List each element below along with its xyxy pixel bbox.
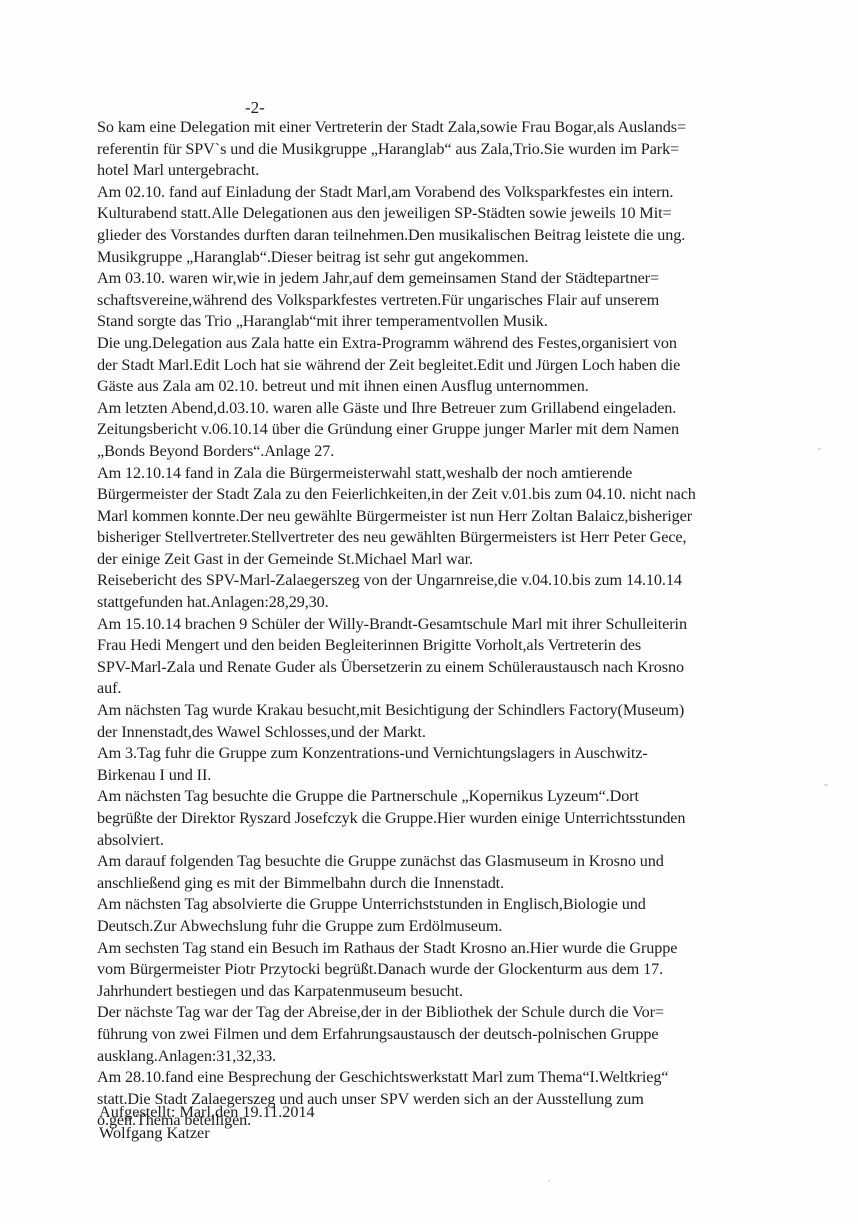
text-line: Bürgermeister der Stadt Zala zu den Feie… — [97, 484, 817, 506]
text-line: glieder des Vorstandes durften daran tei… — [97, 225, 817, 247]
text-line: stattgefunden hat.Anlagen:28,29,30. — [97, 592, 817, 614]
text-line: Deutsch.Zur Abwechslung fuhr die Gruppe … — [97, 916, 817, 938]
text-line: Am nächsten Tag absolvierte die Gruppe U… — [97, 894, 817, 916]
text-line: Am sechsten Tag stand ein Besuch im Rath… — [97, 938, 817, 960]
text-line: Am letzten Abend,d.03.10. waren alle Gäs… — [97, 398, 817, 420]
text-line: Birkenau I und II. — [97, 765, 817, 787]
scan-speck — [818, 448, 821, 450]
text-line: Der nächste Tag war der Tag der Abreise,… — [97, 1002, 817, 1024]
text-line: „Bonds Beyond Borders“.Anlage 27. — [97, 441, 817, 463]
text-line: absolviert. — [97, 830, 817, 852]
text-line: Am 3.Tag fuhr die Gruppe zum Konzentrati… — [97, 743, 817, 765]
document-page: -2- So kam eine Delegation mit einer Ver… — [0, 0, 858, 1224]
text-line: begrüßte der Direktor Ryszard Josefczyk … — [97, 808, 817, 830]
text-line: Am 03.10. waren wir,wie in jedem Jahr,au… — [97, 268, 817, 290]
text-line: hotel Marl untergebracht. — [97, 160, 817, 182]
text-line: Die ung.Delegation aus Zala hatte ein Ex… — [97, 333, 817, 355]
text-line: Stand sorgte das Trio „Haranglab“mit ihr… — [97, 311, 817, 333]
text-line: Frau Hedi Mengert und den beiden Begleit… — [97, 635, 817, 657]
scan-speck — [548, 1180, 550, 1182]
text-line: bisheriger Stellvertreter.Stellvertreter… — [97, 527, 817, 549]
text-line: Reisebericht des SPV-Marl-Zalaegerszeg v… — [97, 570, 817, 592]
signature-block: Aufgestellt: Marl,den 19.11.2014 Wolfgan… — [99, 1102, 315, 1144]
text-line: Gäste aus Zala am 02.10. betreut und mit… — [97, 376, 817, 398]
text-line: auf. — [97, 678, 817, 700]
text-line: Am 28.10.fand eine Besprechung der Gesch… — [97, 1067, 817, 1089]
text-line: So kam eine Delegation mit einer Vertret… — [97, 117, 817, 139]
text-line: Zeitungsbericht v.06.10.14 über die Grün… — [97, 419, 817, 441]
text-line: führung von zwei Filmen und dem Erfahrun… — [97, 1024, 817, 1046]
text-line: Jahrhundert bestiegen und das Karpatenmu… — [97, 981, 817, 1003]
text-line: schaftsvereine,während des Volksparkfest… — [97, 290, 817, 312]
signature-place-date: Aufgestellt: Marl,den 19.11.2014 — [99, 1102, 315, 1123]
text-line: Am 15.10.14 brachen 9 Schüler der Willy-… — [97, 614, 817, 636]
text-line: der einige Zeit Gast in der Gemeinde St.… — [97, 549, 817, 571]
signature-author: Wolfgang Katzer — [99, 1123, 315, 1144]
text-line: Kulturabend statt.Alle Delegationen aus … — [97, 203, 817, 225]
text-line: SPV-Marl-Zala und Renate Guder als Übers… — [97, 657, 817, 679]
text-line: Am 12.10.14 fand in Zala die Bürgermeist… — [97, 463, 817, 485]
document-body: So kam eine Delegation mit einer Vertret… — [97, 117, 817, 1132]
text-line: ausklang.Anlagen:31,32,33. — [97, 1046, 817, 1068]
scan-speck — [824, 784, 828, 786]
text-line: Am nächsten Tag wurde Krakau besucht,mit… — [97, 700, 817, 722]
text-line: vom Bürgermeister Piotr Przytocki begrüß… — [97, 959, 817, 981]
text-line: der Innenstadt,des Wawel Schlosses,und d… — [97, 722, 817, 744]
text-line: Am nächsten Tag besuchte die Gruppe die … — [97, 786, 817, 808]
text-line: Marl kommen konnte.Der neu gewählte Bürg… — [97, 506, 817, 528]
text-line: anschließend ging es mit der Bimmelbahn … — [97, 873, 817, 895]
page-number: -2- — [245, 98, 858, 118]
text-line: Am darauf folgenden Tag besuchte die Gru… — [97, 851, 817, 873]
text-line: Am 02.10. fand auf Einladung der Stadt M… — [97, 182, 817, 204]
text-line: referentin für SPV`s und die Musikgruppe… — [97, 139, 817, 161]
text-line: der Stadt Marl.Edit Loch hat sie während… — [97, 355, 817, 377]
text-line: Musikgruppe „Haranglab“.Dieser beitrag i… — [97, 247, 817, 269]
